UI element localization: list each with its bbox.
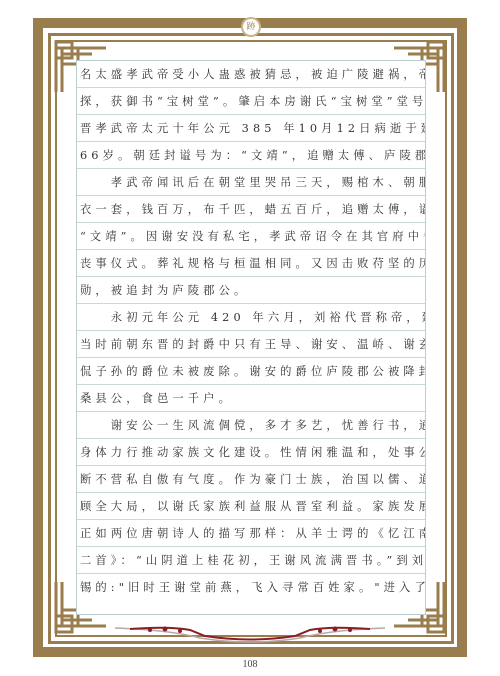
text-line: 孝武帝闻讯后在朝堂里哭吊三天，赐棺木、朝服一具， xyxy=(77,169,425,196)
text-line: 衣一套，钱百万，布千匹，蜡五百斤，追赠太傅，谥号： xyxy=(77,196,425,223)
text-line: 66岁。朝廷封谥号为：“文靖”，追赠太傅、庐陵郡公。 xyxy=(77,142,425,169)
text-line: 谢安公一生风流倜傥，多才多艺，忧善行书，通音乐。 xyxy=(77,412,425,439)
text-line: 断不营私自傲有气度。作为豪门士族，治国以儒、道互补 xyxy=(77,466,425,493)
text-line: 正如两位唐朝诗人的描写那样：从羊士谔的《忆江南旧游 xyxy=(77,520,425,547)
text-line: 顾全大局，以谢氏家族利益服从晋室利益。家族发展形态 xyxy=(77,493,425,520)
text-line: 名太盛孝武帝受小人蛊惑被猜忌，被迫广陵避祸，帝悔余 xyxy=(77,61,425,88)
text-line: 身体力行推动家族文化建设。性情闲雅温和，处事公允明 xyxy=(77,439,425,466)
text-line: 当时前朝东晋的封爵中只有王导、谢安、温峤、谢玄与陶 xyxy=(77,331,425,358)
text-line: “文靖”。因谢安没有私宅，孝武帝诏令在其官府中备办 xyxy=(77,223,425,250)
text-line: 锡的:"旧时王谢堂前燕，飞入寻常百姓家。"进入了常态。 xyxy=(77,574,425,601)
text-line: 桑县公，食邑一千户。 xyxy=(77,385,425,412)
ruled-text-body: 名太盛孝武帝受小人蛊惑被猜忌，被迫广陵避祸，帝悔余 探，获御书“宝树堂”。肇启本… xyxy=(76,60,426,615)
text-line: 侃子孙的爵位未被废除。谢安的爵位庐陵郡公被降封为柴 xyxy=(77,358,425,385)
seal-emblem-icon: 跡 xyxy=(241,17,261,37)
text-line: 永初元年公元 420 年六月，刘裕代晋称帝，建立刘宋， xyxy=(77,304,425,331)
page-number: 108 xyxy=(0,659,500,670)
plum-blossom-ornament-icon xyxy=(110,624,390,646)
text-line: 探，获御书“宝树堂”。肇启本房谢氏“宝树堂”堂号。 xyxy=(77,88,425,115)
text-line: 丧事仪式。葬礼规格与桓温相同。又因击败苻坚的历史功 xyxy=(77,250,425,277)
text-line: 勋，被追封为庐陵郡公。 xyxy=(77,277,425,304)
text-line: 晋孝武帝太元十年公元 385 年10月12日病逝于建康，享年 xyxy=(77,115,425,142)
text-line: 二首》：“山阴道上桂花初，王谢风流满晋书。”到刘禹 xyxy=(77,547,425,574)
